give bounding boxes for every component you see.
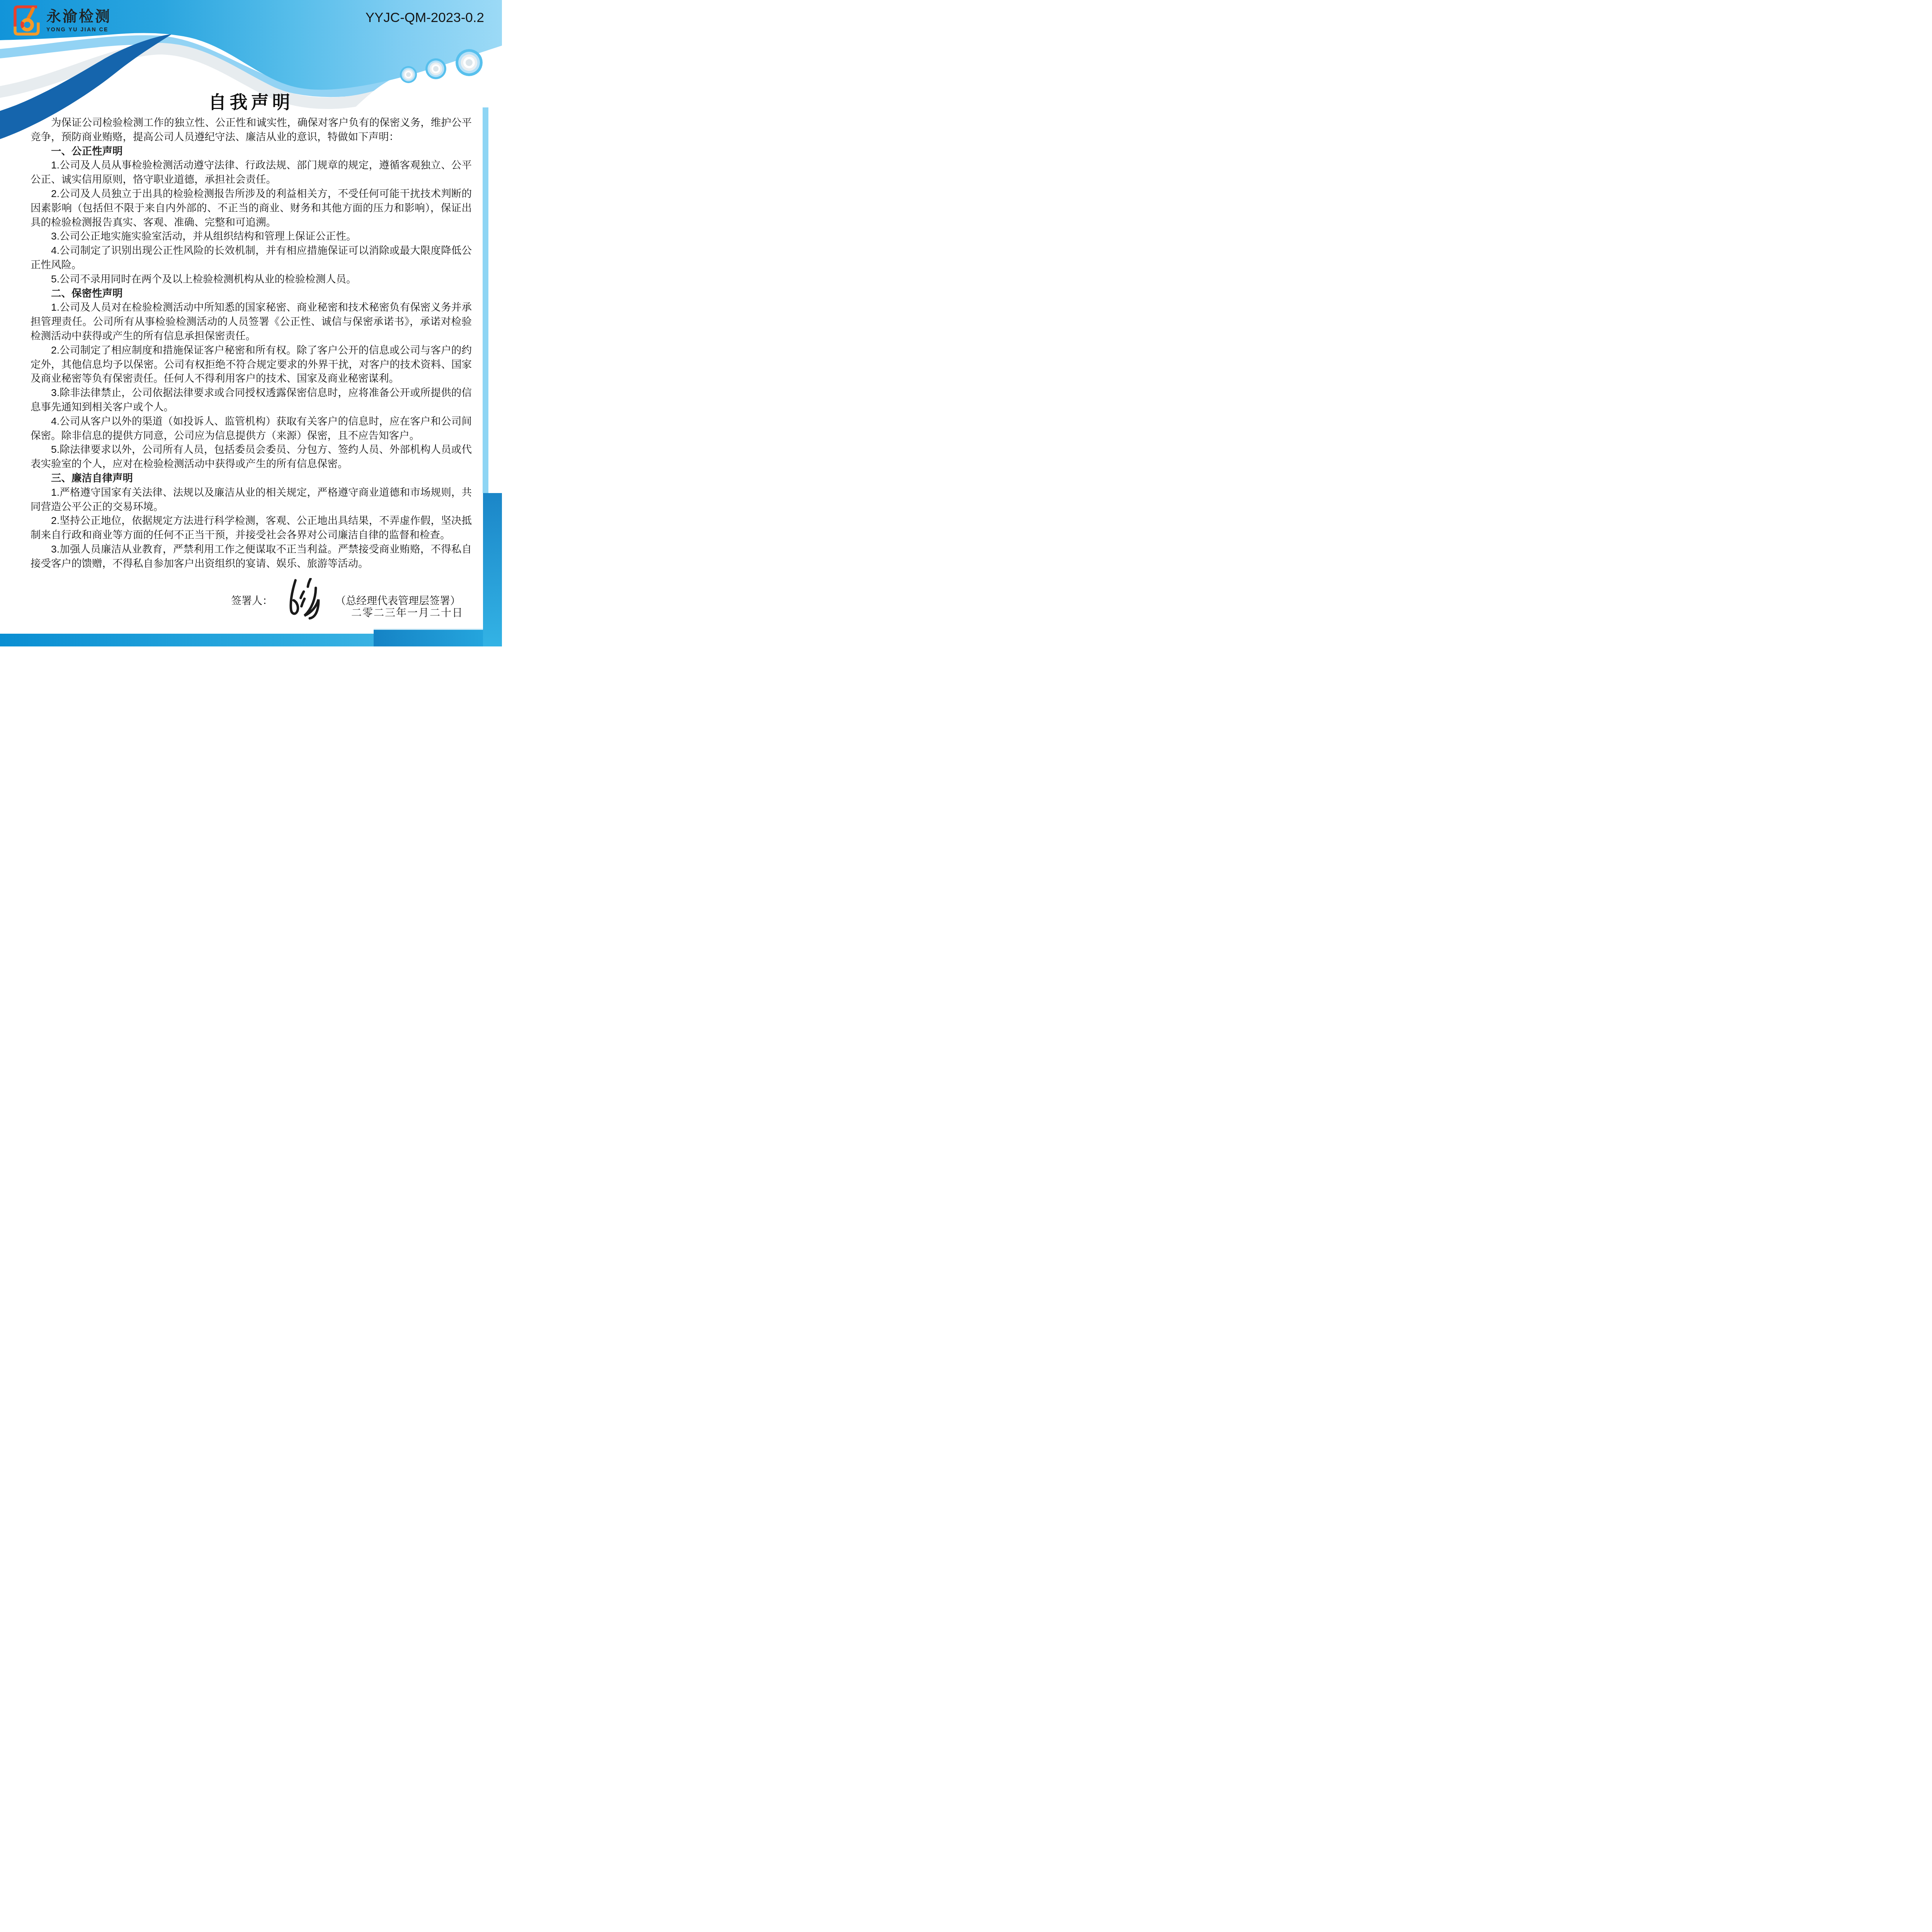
section-1-item: 2.公司及人员独立于出具的检验检测报告所涉及的利益相关方，不受任何可能干扰技术判…: [31, 187, 472, 229]
company-logo: 永渝检测 YONG YU JIAN CE: [12, 4, 111, 37]
bottom-center-blue-rect: [374, 629, 486, 646]
section-2-item: 5.除法律要求以外，公司所有人员，包括委员会委员、分包方、签约人员、外部机构人员…: [31, 442, 472, 471]
section-3-item: 2.坚持公正地位，依据规定方法进行科学检测，客观、公正地出具结果，不弄虚作假，坚…: [31, 514, 472, 542]
right-bottom-blue-bar: [483, 493, 502, 646]
section-3-item: 3.加强人员廉洁从业教育，严禁利用工作之便谋取不正当利益。严禁接受商业贿赂，不得…: [31, 542, 472, 571]
logo-en-name: YONG YU JIAN CE: [46, 26, 111, 32]
logo-mark-icon: [12, 4, 42, 37]
section-1-item: 5.公司不录用同时在两个及以上检验检测机构从业的检验检测人员。: [31, 272, 472, 286]
page-title: 自我声明: [0, 88, 502, 114]
right-side-light-bar: [483, 107, 488, 493]
logo-zh-name: 永渝检测: [46, 9, 111, 25]
section-2-item: 2.公司制定了相应制度和措施保证客户秘密和所有权。除了客户公开的信息或公司与客户…: [31, 343, 472, 386]
wave-band-lightblue-icon: [0, 40, 406, 92]
declaration-body: 为保证公司检验检测工作的独立性、公正性和诚实性，确保对客户负有的保密义务，维护公…: [31, 116, 472, 571]
handwritten-signature-icon: [275, 578, 333, 621]
logo-text: 永渝检测 YONG YU JIAN CE: [46, 9, 111, 32]
section-3-item: 1.严格遵守国家有关法律、法规以及廉洁从业的相关规定，严格遵守商业道德和市场规则…: [31, 485, 472, 514]
section-1-heading: 一、公正性声明: [31, 144, 472, 158]
section-2-heading: 二、保密性声明: [31, 286, 472, 301]
signature-date: 二零二三年一月二十日: [351, 604, 463, 619]
signer-label: 签署人：: [231, 592, 273, 607]
section-1-item: 4.公司制定了识别出现公正性风险的长效机制，并有相应措施保证可以消除或最大限度降…: [31, 243, 472, 272]
section-2-item: 3.除非法律禁止，公司依据法律要求或合同授权透露保密信息时，应将准备公开或所提供…: [31, 386, 472, 414]
self-declaration-page: 永渝检测 YONG YU JIAN CE YYJC-QM-2023-0.2 自我…: [0, 0, 502, 646]
section-1-item: 3.公司公正地实施实验室活动，并从组织结构和管理上保证公正性。: [31, 229, 472, 243]
section-2-item: 4.公司从客户以外的渠道（如投诉人、监管机构）获取有关客户的信息时，应在客户和公…: [31, 414, 472, 443]
section-2-item: 1.公司及人员对在检验检测活动中所知悉的国家秘密、商业秘密和技术秘密负有保密义务…: [31, 300, 472, 343]
section-1-item: 1.公司及人员从事检验检测活动遵守法律、行政法规、部门规章的规定，遵循客观独立、…: [31, 158, 472, 187]
intro-paragraph: 为保证公司检验检测工作的独立性、公正性和诚实性，确保对客户负有的保密义务，维护公…: [31, 116, 472, 144]
section-3-heading: 三、廉洁自律声明: [31, 471, 472, 485]
doc-code: YYJC-QM-2023-0.2: [366, 10, 484, 26]
decorative-circles-icon: [400, 49, 483, 83]
